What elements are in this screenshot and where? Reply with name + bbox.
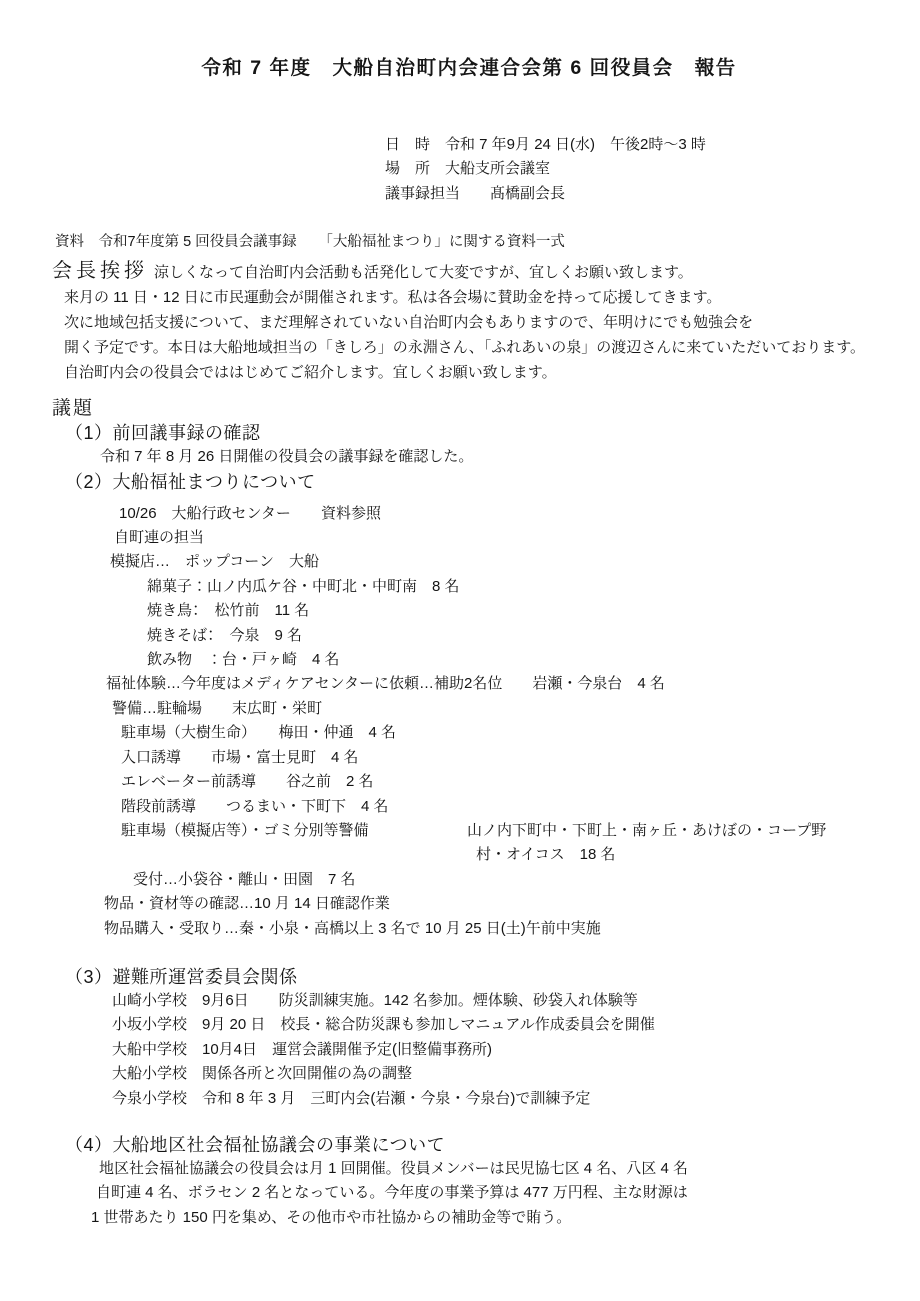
agenda-heading: 議題 — [52, 397, 886, 421]
parking-security-label: 駐車場（模擬店等）・ゴミ分別等警備 — [121, 819, 467, 843]
parking-security-groups-line2: 村・オイコス 18 名 — [476, 843, 826, 867]
document-title: 令和 7 年度 大船自治町内会連合会第 6 回役員会 報告 — [52, 55, 886, 81]
parking-security-line: 駐車場（模擬店等）・ゴミ分別等警備 山ノ内下町中・下町上・南ヶ丘・あけぼの・コー… — [121, 819, 886, 868]
agenda-item-4-heading: （4）大船地区社会福祉協議会の事業について — [65, 1133, 886, 1157]
agenda-item-4-line: 自町連 4 名、ボラセン 2 名となっている。今年度の事業予算は 477 万円程… — [96, 1181, 886, 1205]
agenda-item-2-line: 焼きそば： 今泉 9 名 — [147, 624, 886, 648]
meeting-meta: 日 時 令和 7 年9月 24 日(水) 午後2時～3 時 場 所 大船支所会議… — [385, 133, 886, 206]
chairman-greeting-line: 開く予定です。本日は大船地域担当の「きしろ」の永淵さん、「ふれあいの泉」の渡辺さ… — [64, 335, 886, 360]
parking-security-groups-line1: 山ノ内下町中・下町上・南ヶ丘・あけぼの・コープ野 — [467, 819, 826, 843]
agenda-item-3-line: 大船小学校 関係各所と次回開催の為の調整 — [112, 1062, 886, 1086]
minutes-clerk: 議事録担当 髙橋副会長 — [385, 182, 886, 206]
agenda-item-3-heading: （3）避難所運営委員会関係 — [65, 965, 886, 989]
meeting-location: 場 所 大船支所会議室 — [385, 157, 886, 181]
agenda-item-2-line: 物品・資材等の確認…10 月 14 日確認作業 — [104, 892, 886, 916]
agenda-item-2-heading: （2）大船福祉まつりについて — [65, 470, 886, 494]
agenda-item-2-line: 焼き鳥： 松竹前 11 名 — [147, 599, 886, 623]
agenda-item-3-line: 大船中学校 10月4日 運営会議開催予定(旧整備事務所) — [112, 1038, 886, 1062]
agenda-item-2-line: 入口誘導 市場・富士見町 4 名 — [121, 746, 886, 770]
agenda-item-4-line: 地区社会福祉協議会の役員会は月 1 回開催。役員メンバーは民児協七区 4 名、八… — [99, 1157, 886, 1181]
agenda-item-2-line: 警備…駐輪場 末広町・栄町 — [112, 697, 886, 721]
chairman-greeting-line: 来月の 11 日・12 日に市民運動会が開催されます。私は各会場に賛助金を持って… — [64, 285, 886, 310]
meeting-datetime: 日 時 令和 7 年9月 24 日(水) 午後2時～3 時 — [385, 133, 886, 157]
chairman-greeting-line: 自治町内会の役員会でははじめてご紹介します。宜しくお願い致します。 — [64, 360, 886, 385]
agenda-item-2-line: 受付…小袋谷・離山・田園 7 名 — [133, 868, 886, 892]
chairman-greeting-line: 次に地域包括支援について、まだ理解されていない自治町内会もありますので、年明けに… — [64, 310, 886, 335]
agenda-item-1-heading: （1）前回議事録の確認 — [65, 421, 886, 445]
agenda-item-2-line: 物品購入・受取り…秦・小泉・高橋以上 3 名で 10 月 25 日(土)午前中実… — [104, 917, 886, 941]
agenda-item-3-line: 山崎小学校 9月6日 防災訓練実施。142 名参加。煙体験、砂袋入れ体験等 — [112, 989, 886, 1013]
chairman-greeting: 会長挨拶涼しくなって自治町内会活動も活発化して大変ですが、宜しくお願い致します。… — [52, 259, 886, 385]
agenda-item-3-line: 今泉小学校 令和 8 年 3 月 三町内会(岩瀬・今泉・今泉台)で訓練予定 — [112, 1087, 886, 1111]
agenda-item-2-line: 10/26 大船行政センター 資料参照 — [119, 502, 886, 526]
agenda-item-1-body: 令和 7 年 8 月 26 日開催の役員会の議事録を確認した。 — [100, 445, 886, 469]
parking-security-groups: 山ノ内下町中・下町上・南ヶ丘・あけぼの・コープ野 村・オイコス 18 名 — [467, 819, 826, 868]
agenda-item-2-line: エレベーター前誘導 谷之前 2 名 — [121, 770, 886, 794]
chairman-greeting-label: 会長挨拶 — [52, 260, 148, 282]
agenda-item-2-line: 福祉体験…今年度はメディケアセンターに依頼…補助2名位 岩瀬・今泉台 4 名 — [106, 672, 886, 696]
chairman-greeting-lead-text: 涼しくなって自治町内会活動も活発化して大変ですが、宜しくお願い致します。 — [154, 264, 693, 281]
agenda-item-2-line: 自町連の担当 — [114, 526, 886, 550]
report-document: 令和 7 年度 大船自治町内会連合会第 6 回役員会 報告 日 時 令和 7 年… — [0, 0, 920, 1301]
agenda-item-2-line: 綿菓子：山ノ内瓜ケ谷・中町北・中町南 8 名 — [147, 575, 886, 599]
agenda-item-4-line: 1 世帯あたり 150 円を集め、その他市や市社協からの補助金等で賄う。 — [91, 1206, 886, 1230]
agenda-item-2-line: 飲み物 ：台・戸ヶ崎 4 名 — [147, 648, 886, 672]
agenda-item-2-line: 駐車場（大樹生命） 梅田・仲通 4 名 — [121, 721, 886, 745]
chairman-greeting-lead: 会長挨拶涼しくなって自治町内会活動も活発化して大変ですが、宜しくお願い致します。 — [52, 259, 886, 285]
agenda-item-3-line: 小坂小学校 9月 20 日 校長・総合防災課も参加しマニュアル作成委員会を開催 — [112, 1013, 886, 1037]
materials-note: 資料 令和7年度第 5 回役員会議事録 「大船福祉まつり」に関する資料一式 — [55, 230, 886, 255]
agenda-item-2-line: 階段前誘導 つるまい・下町下 4 名 — [121, 795, 886, 819]
agenda-item-2-line: 模擬店… ポップコーン 大船 — [110, 550, 886, 574]
